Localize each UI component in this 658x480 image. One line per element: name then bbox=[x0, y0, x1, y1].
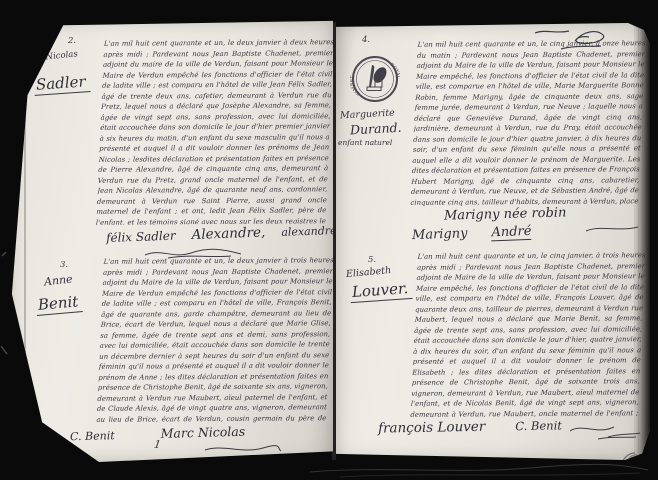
signature: alexandre bbox=[281, 224, 337, 239]
right-page: 4. TIMBRE ROYAL Margu bbox=[336, 23, 650, 460]
act-text: L'an mil huit cent quarante et un, le de… bbox=[96, 37, 334, 225]
entry-number: 4. bbox=[362, 35, 370, 45]
signature: André bbox=[491, 224, 532, 241]
entry-name-given: Elisabeth bbox=[346, 265, 392, 280]
folio-number: 1 bbox=[153, 438, 162, 452]
register-scan: 2. Jean Nicolas Sadler L'an mil huit cen… bbox=[0, 0, 658, 480]
svg-text:ROYAL: ROYAL bbox=[389, 62, 400, 79]
left-page: 2. Jean Nicolas Sadler L'an mil huit cen… bbox=[8, 20, 333, 462]
signature-flourish-icon bbox=[584, 223, 640, 235]
entry-name-given: Anne bbox=[43, 273, 73, 289]
book-edge-streaks bbox=[300, 458, 650, 480]
signature-inline: Marigny née robin bbox=[444, 205, 567, 223]
act-text: L'an mil huit cent quarante et un, le de… bbox=[96, 255, 334, 425]
stamp-figure bbox=[369, 65, 374, 87]
entry-name-surname: Sadler bbox=[33, 72, 90, 96]
act-text: L'an mil huit cent quarante et un, le ci… bbox=[410, 250, 646, 418]
entry-name-note: enfant naturel bbox=[338, 138, 392, 147]
entry-name-given: Marguerite bbox=[340, 108, 395, 122]
entry-number: 2. bbox=[68, 36, 76, 46]
stamp-arc-right: ROYAL bbox=[389, 62, 400, 79]
entry-number: 3. bbox=[60, 260, 68, 270]
entry-number: 5. bbox=[368, 255, 376, 265]
signature: C. Benit bbox=[515, 418, 562, 433]
signature-row: françois Louver C. Benit bbox=[378, 417, 562, 436]
entry-name-surname: Durand. bbox=[348, 120, 406, 139]
signature: félix Sadler bbox=[106, 229, 176, 245]
royal-stamp-icon: TIMBRE ROYAL bbox=[350, 53, 400, 105]
entry-name-given: Jean Nicolas bbox=[24, 49, 79, 65]
entry-name-surname: Louver. bbox=[349, 279, 413, 303]
signature: Alexandre, bbox=[191, 224, 265, 243]
signature-flourish-icon bbox=[203, 443, 283, 455]
stamp-arc-left: TIMBRE bbox=[350, 75, 361, 96]
left-edge-slivers bbox=[0, 250, 10, 370]
signature: Marc Nicolas bbox=[160, 424, 245, 441]
svg-text:TIMBRE: TIMBRE bbox=[350, 75, 361, 96]
signature-row: félix Sadler Alexandre, alexandre bbox=[106, 222, 337, 246]
page-fold-line bbox=[24, 24, 26, 444]
signature-row: Marigny André bbox=[412, 224, 532, 244]
act-text: L'an mil huit cent quarante et un, le ci… bbox=[410, 38, 646, 208]
signature: Marigny bbox=[412, 226, 468, 243]
signature: C. Benit bbox=[70, 429, 115, 443]
entry-name-surname: Benit bbox=[35, 292, 83, 316]
signature: françois Louver bbox=[378, 419, 486, 437]
